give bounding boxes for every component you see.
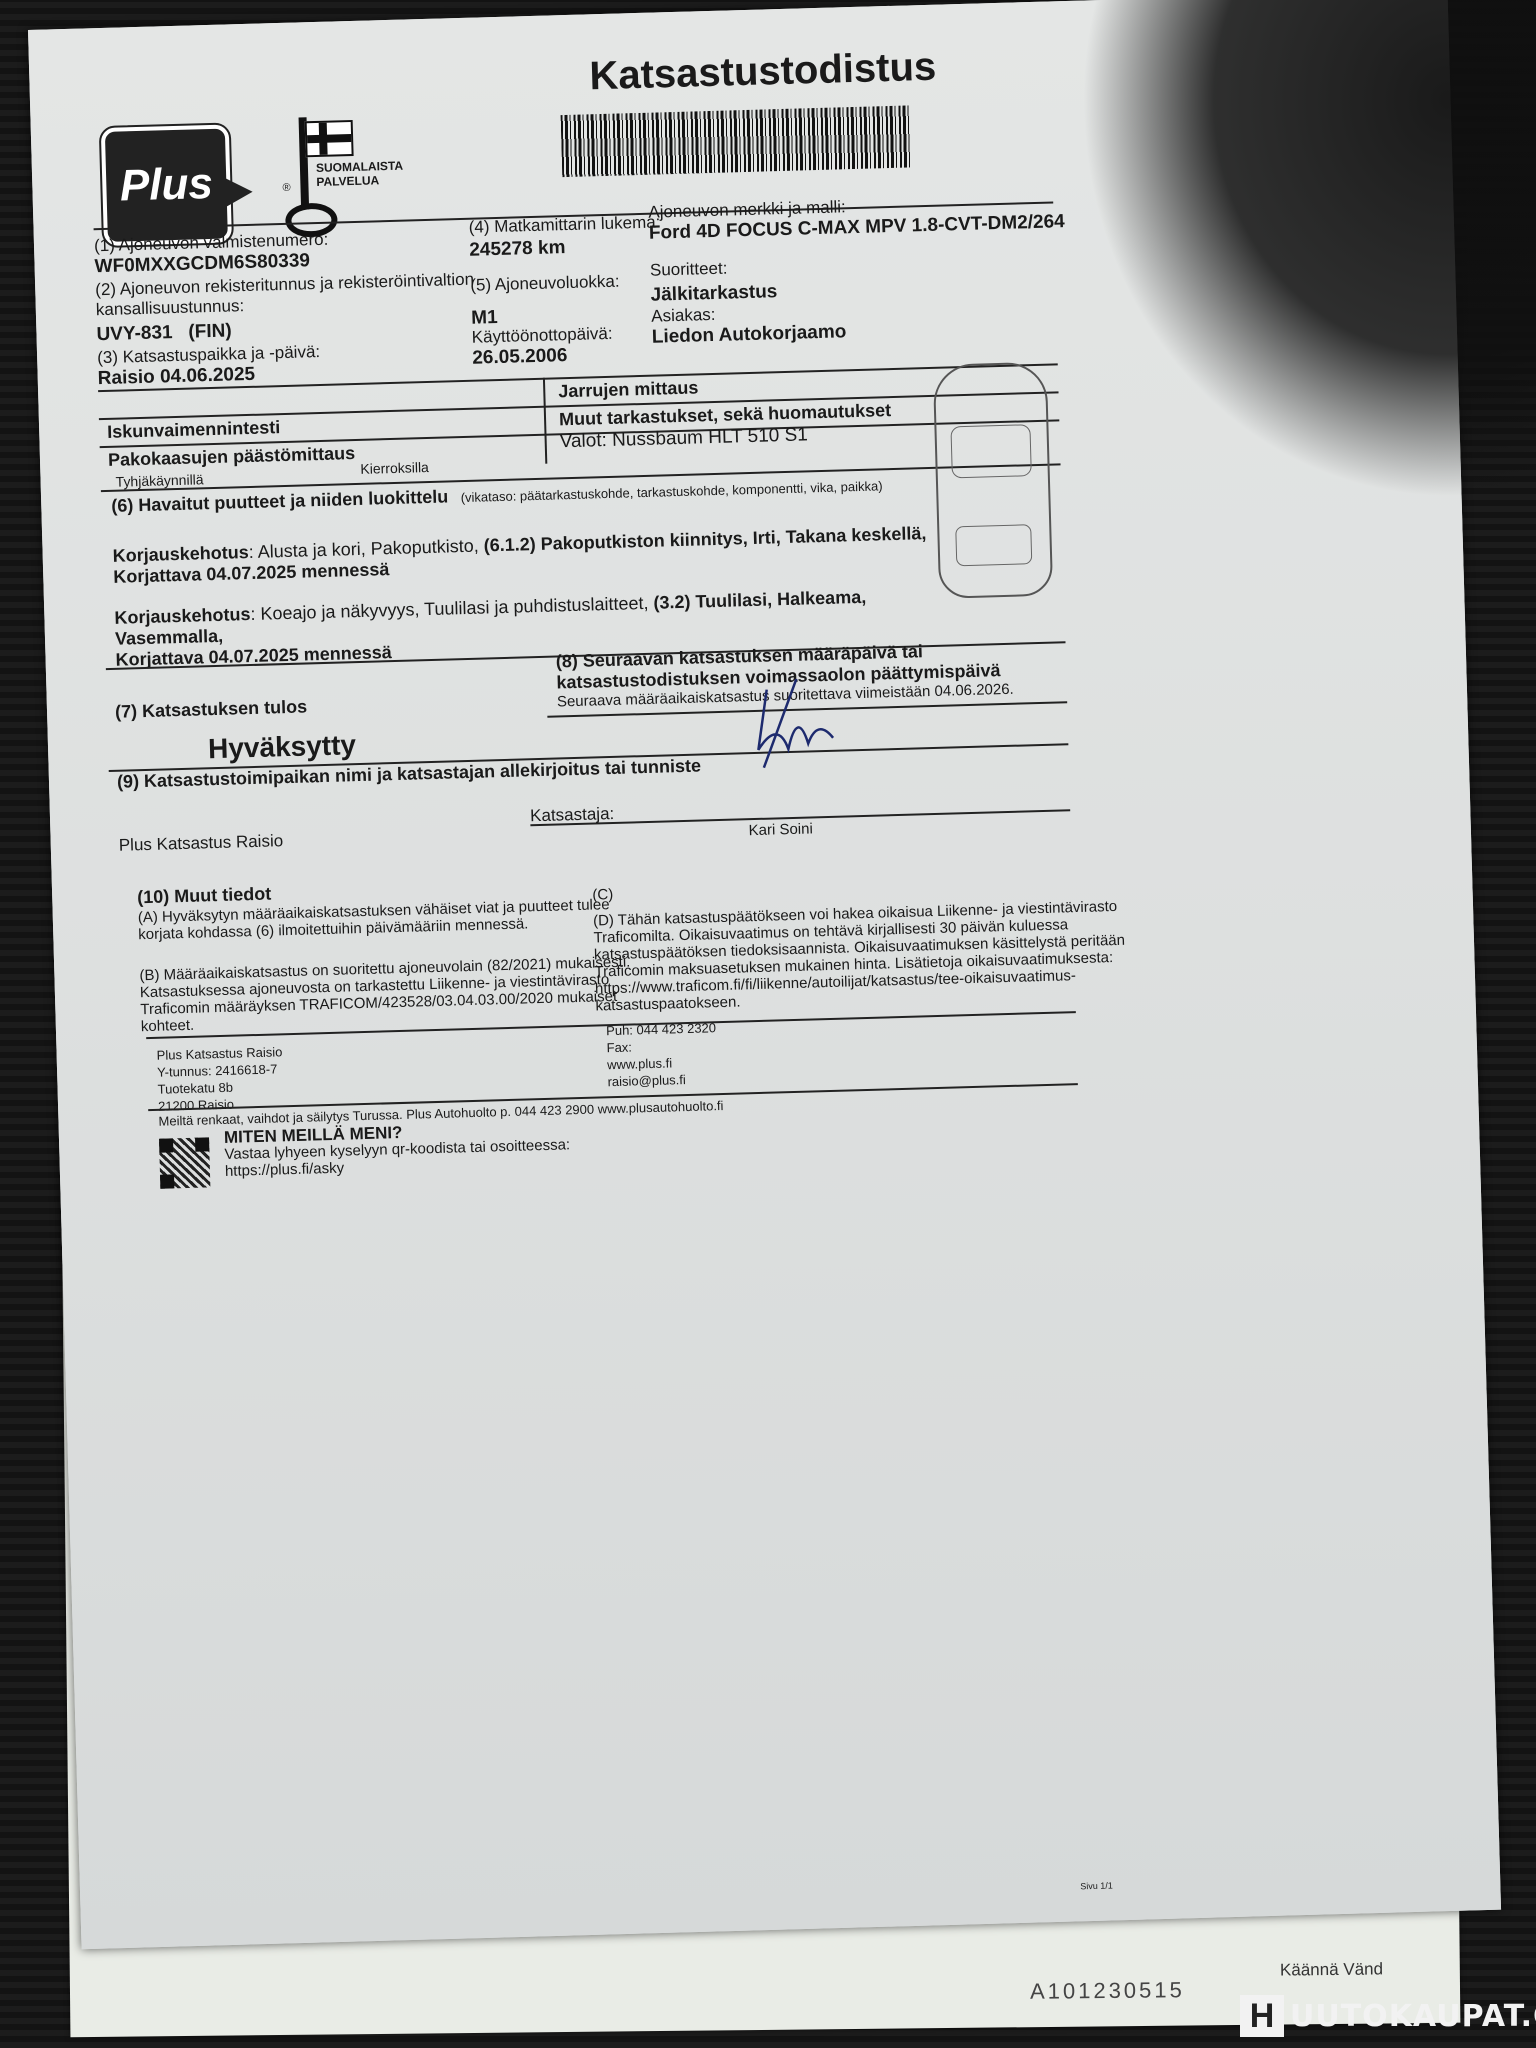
emissions-test: Pakokaasujen päästömittaus xyxy=(108,443,356,471)
defect-type: Korjauskehotus xyxy=(112,542,249,566)
class-label: (5) Ajoneuvoluokka: xyxy=(470,272,620,296)
watermark-logo-icon: H xyxy=(1240,1995,1284,2037)
performed-label: Suoritteet: xyxy=(650,259,728,281)
customer-value: Liedon Autokorjaamo xyxy=(652,321,847,348)
result-label: (7) Katsastuksen tulos xyxy=(115,696,308,722)
brake-test: Jarrujen mittaus xyxy=(558,377,699,402)
defect-desc: : Koeajo ja näkyvyys, Tuulilasi ja puhdi… xyxy=(250,593,654,624)
qr-code[interactable] xyxy=(159,1137,210,1188)
survey-block: MITEN MEILLÄ MENI? Vastaa lyhyeen kysely… xyxy=(224,1119,571,1180)
odometer-value: 245278 km xyxy=(469,237,566,262)
finnish-flag-icon xyxy=(305,120,354,157)
key-line-1: SUOMALAISTA xyxy=(316,159,403,175)
other-info-c: (C) xyxy=(592,886,613,904)
customer-label: Asiakas: xyxy=(651,305,716,327)
performed-value: Jälkitarkastus xyxy=(650,281,777,307)
watermark-text: UUTOKAUPAT.COM xyxy=(1290,1999,1536,2034)
column-divider xyxy=(543,378,547,464)
reg-value: UVY-831 (FIN) xyxy=(96,320,232,346)
key-line-2: PALVELUA xyxy=(316,173,403,189)
signature xyxy=(746,677,848,770)
rpm-label: Kierroksilla xyxy=(360,459,429,477)
windshield-outline xyxy=(950,424,1031,478)
barcode xyxy=(561,105,913,177)
first-use-value: 26.05.2006 xyxy=(472,345,568,370)
document-title: Katsastustodistus xyxy=(589,45,937,100)
station-name: Plus Katsastus Raisio xyxy=(119,831,284,856)
rear-window-outline xyxy=(955,524,1032,566)
shock-test: Iskunvaimennintesti xyxy=(107,417,281,443)
defects-heading-text: (6) Havaitut puutteet ja niiden luokitte… xyxy=(111,486,448,515)
company-address: Plus Katsastus Raisio Y-tunnus: 2416618-… xyxy=(156,1043,284,1114)
defects-heading-note: (vikataso: päätarkastuskohde, tarkastusk… xyxy=(460,478,882,505)
defect-type: Korjauskehotus xyxy=(114,604,251,628)
other-info-d: (D) Tähän katsastuspäätökseen voi hakea … xyxy=(593,897,1156,1015)
other-info-b: (B) Määräaikaiskatsastus on suoritettu a… xyxy=(139,953,661,1035)
first-use-label: Käyttöönottopäivä: xyxy=(471,324,612,348)
page-number: Sivu 1/1 xyxy=(1080,1880,1113,1891)
vin-value: WF0MXXGCDM6S80339 xyxy=(94,250,310,278)
defect-item: Korjauskehotus: Alusta ja kori, Pakoputk… xyxy=(112,523,933,588)
key-logo-text: SUOMALAISTA PALVELUA xyxy=(316,159,404,189)
car-diagram xyxy=(933,362,1053,599)
registered-mark: ® xyxy=(282,182,290,194)
watermark: H UUTOKAUPAT.COM xyxy=(1240,1995,1536,2037)
company-contacts: Puh: 044 423 2320 Fax: www.plus.fi raisi… xyxy=(606,1019,718,1090)
inspector-name: Kari Soini xyxy=(748,820,813,839)
defect-desc: : Alusta ja kori, Pakoputkisto, xyxy=(248,535,484,562)
email-link[interactable]: raisio@plus.fi xyxy=(607,1070,717,1090)
defect-code: (6.1.2) Pakoputkiston kiinnitys, Irti, T… xyxy=(483,523,926,555)
inspection-certificate: Plus ® SUOMALAISTA PALVELUA Katsastustod… xyxy=(28,0,1501,1949)
business-id: Y-tunnus: 2416618-7 xyxy=(157,1060,283,1081)
turn-page-label: Käännä Vänd xyxy=(1280,1959,1383,1980)
odometer-label: (4) Matkamittarin lukema: xyxy=(468,212,660,237)
other-info-heading: (10) Muut tiedot xyxy=(137,884,272,909)
result-value: Hyväksytty xyxy=(208,729,357,765)
phone: Puh: 044 423 2320 xyxy=(606,1019,716,1039)
sheet-serial: A101230515 xyxy=(1030,1977,1185,2005)
